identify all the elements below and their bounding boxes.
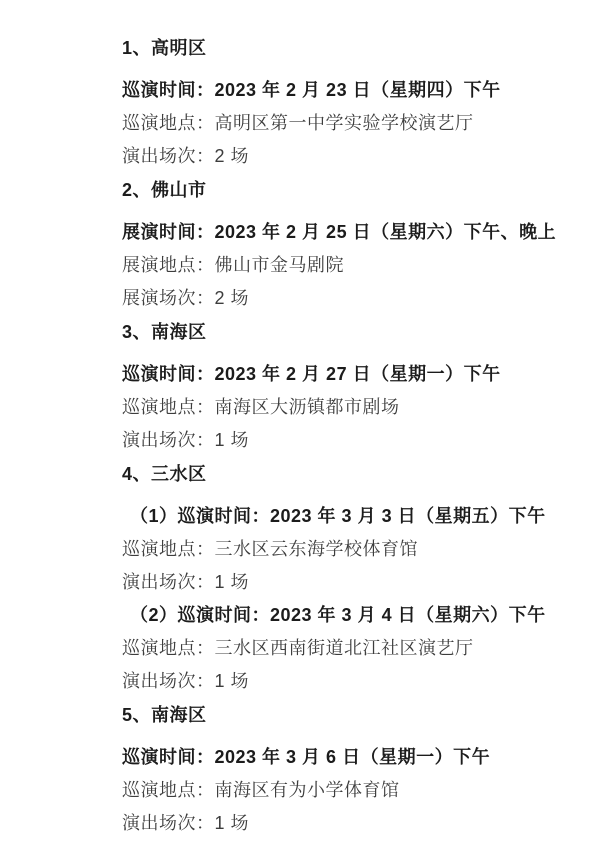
show-count: 演出场次：1 场 [122,572,585,592]
schedule-document: 1、高明区 巡演时间：2023 年 2 月 23 日（星期四）下午 巡演地点：高… [0,0,613,855]
show-count: 演出场次：1 场 [122,671,585,691]
show-count: 展演场次：2 场 [122,288,585,308]
tour-time: 展演时间：2023 年 2 月 25 日（星期六）下午、晚上 [122,222,585,242]
tour-location: 巡演地点：高明区第一中学实验学校演艺厅 [122,113,585,133]
tour-time: 巡演时间：2023 年 3 月 6 日（星期一）下午 [122,747,585,767]
tour-location: 巡演地点：南海区大沥镇都市剧场 [122,397,585,417]
section-title: 2、佛山市 [122,180,585,200]
section-title: 1、高明区 [122,38,585,58]
section-title: 3、南海区 [122,322,585,342]
tour-time: （2）巡演时间：2023 年 3 月 4 日（星期六）下午 [122,605,585,625]
show-count: 演出场次：1 场 [122,813,585,833]
show-count: 演出场次：1 场 [122,430,585,450]
tour-time: （1）巡演时间：2023 年 3 月 3 日（星期五）下午 [122,506,585,526]
show-count: 演出场次：2 场 [122,146,585,166]
tour-location: 展演地点：佛山市金马剧院 [122,255,585,275]
section-title: 4、三水区 [122,464,585,484]
tour-location: 巡演地点：南海区有为小学体育馆 [122,780,585,800]
tour-location: 巡演地点：三水区西南街道北江社区演艺厅 [122,638,585,658]
tour-time: 巡演时间：2023 年 2 月 23 日（星期四）下午 [122,80,585,100]
tour-time: 巡演时间：2023 年 2 月 27 日（星期一）下午 [122,364,585,384]
section-title: 5、南海区 [122,705,585,725]
tour-location: 巡演地点：三水区云东海学校体育馆 [122,539,585,559]
